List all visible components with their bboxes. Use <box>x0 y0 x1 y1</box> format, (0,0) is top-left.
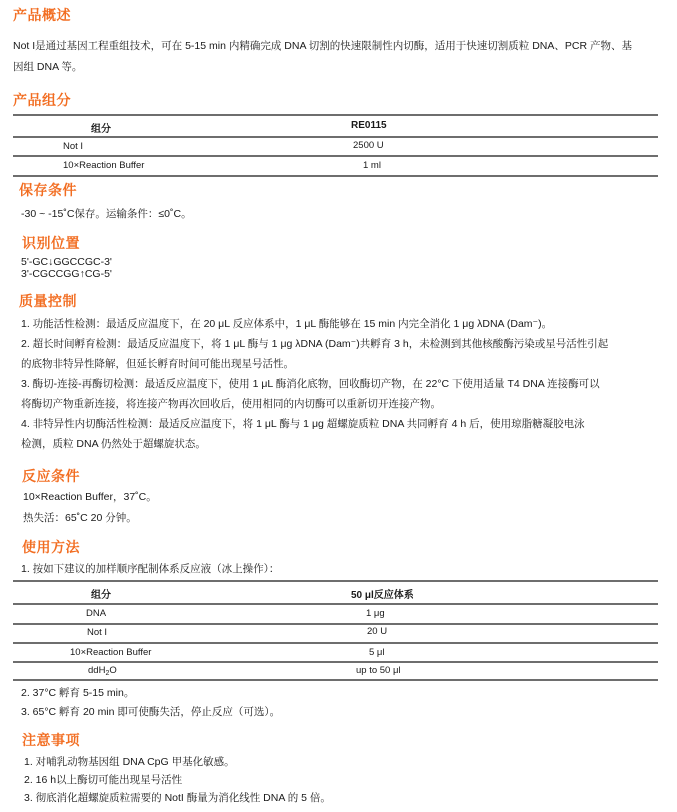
overview-text-line2: 因组 DNA 等。 <box>13 60 82 74</box>
table-rule <box>13 623 658 625</box>
qc-item: 3. 酶切-连接-再酶切检测：最适反应温度下，使用 1 μL 酶消化底物，回收酶… <box>21 377 600 391</box>
table-rule <box>13 603 658 605</box>
usage-step-1: 1. 按如下建议的加样顺序配制体系反应液（冰上操作）： <box>21 562 279 576</box>
table-rule <box>13 679 658 681</box>
table-cell: 5 μl <box>369 647 385 658</box>
table-cell: Not I <box>63 141 83 152</box>
qc-item: 4. 非特异性内切酶活性检测：最适反应温度下，将 1 μL 酶与 1 μg 超螺… <box>21 417 585 431</box>
table-cell: up to 50 μl <box>356 665 401 676</box>
table-header-volume: 50 μl反应体系 <box>351 586 414 601</box>
table-rule <box>13 136 658 138</box>
section-title-overview: 产品概述 <box>13 5 71 25</box>
table-rule <box>13 175 658 177</box>
table-rule <box>13 155 658 157</box>
usage-step-2: 2. 37°C 孵育 5-15 min。 <box>21 686 134 700</box>
table-cell: 10×Reaction Buffer <box>70 647 151 658</box>
note-item: 3. 彻底消化超螺旋质粒需要的 NotI 酶量为消化线性 DNA 的 5 倍。 <box>24 791 331 805</box>
qc-item-cont: 的底物非特异性降解，但延长孵育时间可能出现星号活性。 <box>21 357 294 371</box>
heat-inactivation-text: 热失活：65˚C 20 分钟。 <box>23 511 137 525</box>
table-cell: Not I <box>87 627 107 638</box>
qc-item: 1. 功能活性检测：最适反应温度下，在 20 μL 反应体系中，1 μL 酶能够… <box>21 317 552 331</box>
note-item: 2. 16 h以上酶切可能出现星号活性 <box>24 773 182 787</box>
section-title-reaction: 反应条件 <box>22 466 80 486</box>
reaction-buffer-text: 10×Reaction Buffer，37˚C。 <box>23 490 157 504</box>
table-rule <box>13 642 658 644</box>
qc-item-cont: 检测，质粒 DNA 仍然处于超螺旋状态。 <box>21 437 206 451</box>
table-header-catalog: RE0115 <box>351 120 387 131</box>
usage-step-3: 3. 65°C 孵育 20 min 即可使酶失活，停止反应（可选）。 <box>21 705 280 719</box>
note-item: 1. 对哺乳动物基因组 DNA CpG 甲基化敏感。 <box>24 755 235 769</box>
section-title-components: 产品组分 <box>13 90 71 110</box>
section-title-storage: 保存条件 <box>19 180 77 200</box>
storage-text: -30 ~ -15˚C保存。运输条件：≤0˚C。 <box>21 207 192 221</box>
table-cell: 20 U <box>367 626 387 637</box>
section-title-recognition: 识别位置 <box>22 233 80 253</box>
table-rule <box>13 580 658 582</box>
table-rule <box>13 661 658 663</box>
reaction-setup-table: 组分 50 μl反应体系 DNA 1 μg Not I 20 U 10×Reac… <box>13 580 658 680</box>
table-header-component: 组分 <box>91 120 111 135</box>
section-title-qc: 质量控制 <box>19 291 77 311</box>
table-cell: DNA <box>86 608 106 619</box>
table-cell: ddH2O <box>88 665 117 677</box>
table-header-component: 组分 <box>91 586 111 601</box>
table-cell: 10×Reaction Buffer <box>63 160 144 171</box>
section-title-notes: 注意事项 <box>22 730 80 750</box>
components-table: 组分 RE0115 Not I 2500 U 10×Reaction Buffe… <box>13 114 658 178</box>
recognition-seq-top: 5'-GC↓GGCCGC-3' <box>21 256 112 268</box>
recognition-seq-bottom: 3'-CGCCGG↑CG-5' <box>21 268 112 280</box>
section-title-usage: 使用方法 <box>22 537 80 557</box>
table-rule <box>13 114 658 116</box>
qc-item-cont: 将酶切产物重新连接，将连接产物再次回收后，使用相同的内切酶可以重新切开连接产物。 <box>21 397 441 411</box>
table-cell: 1 ml <box>363 160 381 171</box>
table-cell: 2500 U <box>353 140 384 151</box>
qc-item: 2. 超长时间孵育检测：最适反应温度下，将 1 μL 酶与 1 μg λDNA … <box>21 337 608 351</box>
overview-text-line1: Not I是通过基因工程重组技术，可在 5-15 min 内精确完成 DNA 切… <box>13 39 632 53</box>
table-cell: 1 μg <box>366 608 385 619</box>
